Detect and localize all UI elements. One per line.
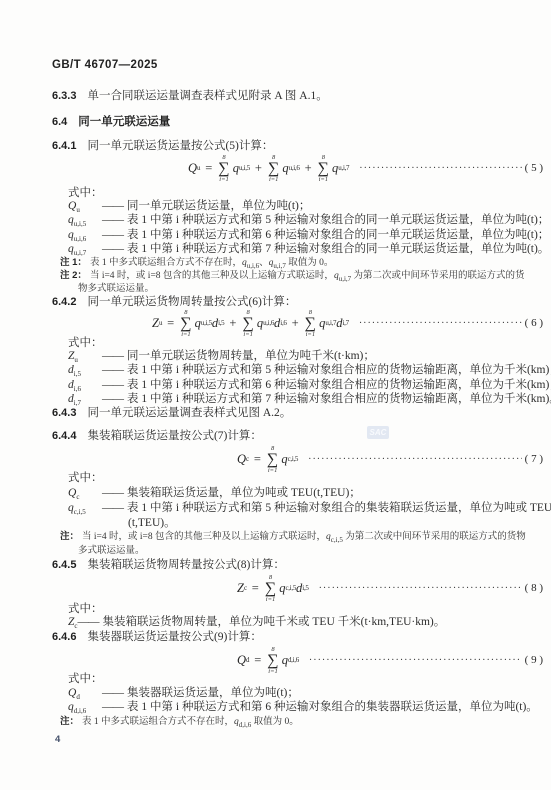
formula-9-expression: Qd = 8∑i=1 qd,i,6 xyxy=(237,646,299,675)
formula-6: Zu = 8∑i=1 qu,i,5di,5 + 8∑i=1 qu,i,6di,6… xyxy=(52,305,543,341)
note-6.4.4: 注：当 i=4 时，或 i=8 包含的其他三种及以上运输方式联运时，qc,i,5… xyxy=(60,531,541,546)
summation-icon: 8∑i=1 xyxy=(180,309,191,338)
where-label: 式中： xyxy=(68,337,103,350)
summation-icon: 8∑i=1 xyxy=(242,309,253,338)
summation-icon: 8∑i=1 xyxy=(267,646,278,675)
summation-icon: 8∑i=1 xyxy=(318,154,329,183)
clause-text: 同一单元联运运量调查表样式见图 A.2。 xyxy=(87,407,291,419)
formula-8-expression: Zc = 8∑i=1 qc,i,5di,5 xyxy=(237,574,309,603)
where-label: 式中： xyxy=(68,673,103,686)
summation-icon: 8∑i=1 xyxy=(305,309,316,338)
dot-leader: ········································… xyxy=(359,317,522,330)
note-6.4.6: 注：表 1 中多式联运组合方式不存在时，qd,i,6 取值为 0。 xyxy=(60,716,541,731)
formula-number: ( 7 ) xyxy=(525,453,543,466)
document-page: GB/T 46707—2025 6.3.3单一合同联运运量调查表样式见附录 A … xyxy=(0,0,551,790)
formula-number: ( 6 ) xyxy=(525,317,543,330)
formula-7-expression: Qc = 8∑i=1 qc,i,5 xyxy=(237,445,298,474)
summation-icon: 8∑i=1 xyxy=(218,154,229,183)
clause-number: 6.4.3 xyxy=(52,407,76,419)
formula-9: Qd = 8∑i=1 qd,i,6 ······················… xyxy=(52,642,543,678)
note-6.4.4-continuation: 多式联运运量。 xyxy=(78,545,145,558)
formula-5: Qu = 8∑i=1 qu,i,5 + 8∑i=1 qu,i,6 + 8∑i=1… xyxy=(52,150,543,186)
clause-text: 单一合同联运运量调查表样式见附录 A 图 A.1。 xyxy=(87,90,327,102)
sac-watermark: SAC xyxy=(367,426,389,439)
clause-6.3.3: 6.3.3单一合同联运运量调查表样式见附录 A 图 A.1。 xyxy=(52,90,328,103)
formula-number: ( 5 ) xyxy=(525,162,543,175)
heading-title: 同一单元联运运量 xyxy=(78,116,170,128)
summation-icon: 8∑i=1 xyxy=(268,154,279,183)
dot-leader: ········································… xyxy=(309,654,522,667)
summation-icon: 8∑i=1 xyxy=(265,574,276,603)
formula-number: ( 9 ) xyxy=(525,654,543,667)
heading-6.4: 6.4同一单元联运运量 xyxy=(52,116,170,129)
clause-6.4.3: 6.4.3同一单元联运运量调查表样式见图 A.2。 xyxy=(52,407,291,420)
definition-continuation: (t,TEU)。 xyxy=(128,517,176,530)
page-number: 4 xyxy=(55,733,60,746)
heading-number: 6.4 xyxy=(52,116,67,128)
formula-8: Zc = 8∑i=1 qc,i,5di,5 ··················… xyxy=(52,570,543,606)
where-label: 式中： xyxy=(68,472,103,485)
note-2-continuation: 物多式联运运量。 xyxy=(78,283,154,296)
where-label: 式中： xyxy=(68,187,103,200)
formula-7: Qc = 8∑i=1 qc,i,5 ······················… xyxy=(52,441,543,477)
clause-number: 6.3.3 xyxy=(52,90,76,102)
dot-leader: ········································… xyxy=(319,582,522,595)
formula-number: ( 8 ) xyxy=(525,582,543,595)
formula-6-expression: Zu = 8∑i=1 qu,i,5di,5 + 8∑i=1 qu,i,6di,6… xyxy=(152,309,349,338)
standard-number-header: GB/T 46707—2025 xyxy=(52,59,158,72)
dot-leader: ········································… xyxy=(359,162,521,175)
summation-icon: 8∑i=1 xyxy=(267,445,278,474)
dot-leader: ········································… xyxy=(308,453,522,466)
formula-5-expression: Qu = 8∑i=1 qu,i,5 + 8∑i=1 qu,i,6 + 8∑i=1… xyxy=(188,154,349,183)
where-label: 式中： xyxy=(68,603,103,616)
